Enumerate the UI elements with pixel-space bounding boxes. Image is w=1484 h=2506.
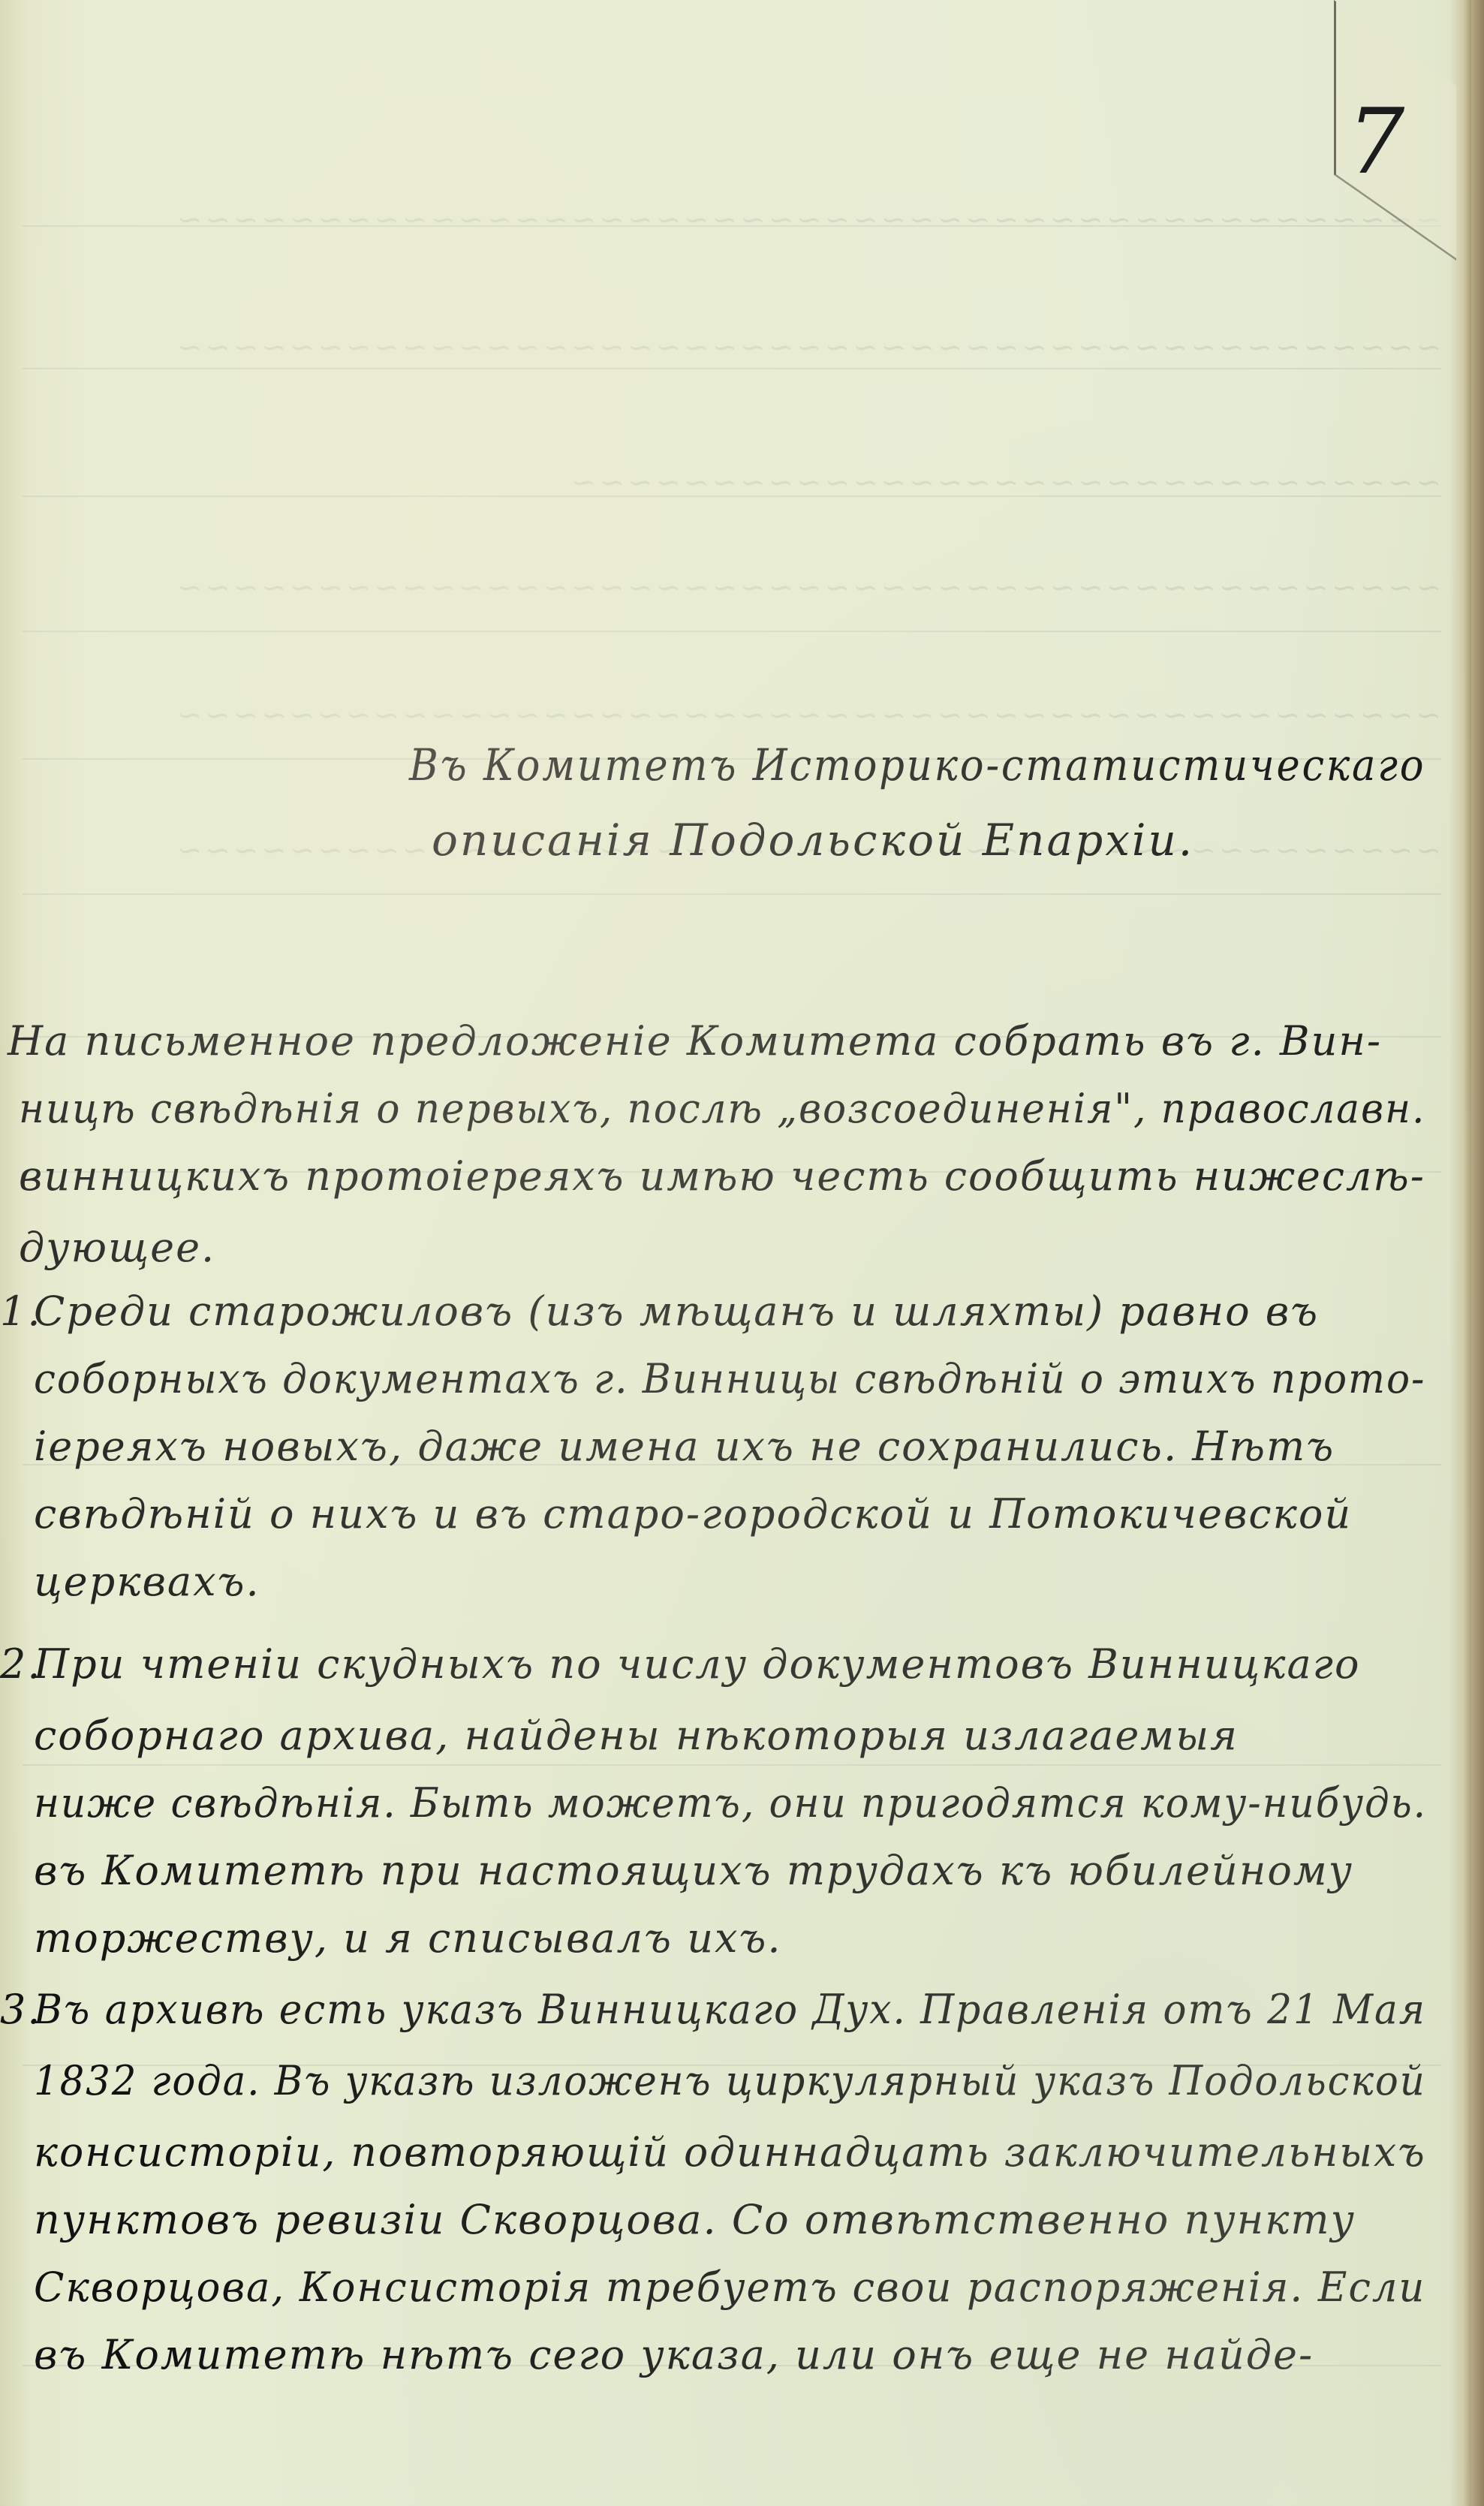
item-3-line-6: въ Комитетѣ нѣтъ сего указа, или онъ еще… bbox=[34, 2335, 1314, 2375]
bleed-through-text: ~~~~~~~~~~~~~~~~~~~~~~~~~~~~~~~~~~~~~~~~… bbox=[30, 330, 1441, 365]
item-1-line-3: іереяхъ новыхъ, даже имена ихъ не сохран… bbox=[34, 1426, 1335, 1467]
intro-line-1: На письменное предложеніе Комитета собра… bbox=[8, 1021, 1382, 1062]
bleed-through-text: ~~~~~~~~~~~~~~~~~~~~~~~~~~~~~~~~~~~~~~~~… bbox=[30, 203, 1441, 237]
item-2-line-1: При чтеніи скудныхъ по числу документовъ… bbox=[34, 1644, 1360, 1685]
item-3-line-2: 1832 года. Въ указѣ изложенъ циркулярный… bbox=[34, 2061, 1426, 2101]
bleed-through-text: ~~~~~~~~~~~~~~~~~~~~~~~~~~~~~~~~~~~~~~~~… bbox=[30, 571, 1441, 605]
item-2-line-5: торжеству, и я списывалъ ихъ. bbox=[34, 1918, 782, 1959]
item-3-line-3: консисторіи, повторяющій одиннадцать зак… bbox=[34, 2132, 1426, 2173]
ruling-line bbox=[23, 368, 1441, 369]
ruling-line bbox=[23, 893, 1441, 895]
ruling-line bbox=[23, 1764, 1441, 1766]
ruling-line bbox=[23, 631, 1441, 632]
binding-edge bbox=[1471, 0, 1484, 2506]
item-2-line-4: въ Комитетѣ при настоящихъ трудахъ къ юб… bbox=[34, 1851, 1353, 1891]
item-1-line-4: свѣдѣній о нихъ и въ старо-городской и П… bbox=[34, 1494, 1352, 1535]
item-3-line-1: Въ архивѣ есть указъ Винницкаго Дух. Пра… bbox=[34, 1989, 1426, 2030]
item-1-line-2: соборныхъ документахъ г. Винницы свѣдѣні… bbox=[34, 1359, 1425, 1399]
intro-line-4: дующее. bbox=[19, 1227, 215, 1268]
page-number: 7 bbox=[1347, 98, 1404, 188]
item-3-line-4: пунктовъ ревизіи Скворцова. Со отвѣтстве… bbox=[34, 2200, 1356, 2240]
item-2-line-2: соборнаго архива, найдены нѣкоторыя изла… bbox=[34, 1715, 1239, 1756]
item-1-line-5: церквахъ. bbox=[34, 1562, 260, 1602]
heading-line-1: Въ Комитетъ Историко-статистическаго bbox=[409, 743, 1425, 787]
intro-line-2: ницѣ свѣдѣнія о первыхъ, послѣ „возсоеди… bbox=[19, 1089, 1425, 1129]
item-1-line-1: Среди старожиловъ (изъ мѣщанъ и шляхты) … bbox=[34, 1291, 1319, 1332]
bleed-through-text: ~~~~~~~~~~~~~~~~~~~~~~~~~~~~~~~ bbox=[30, 465, 1441, 500]
bleed-through-text: ~~~~~~~~~~~~~~~~~~~~~~~~~~~~~~~~~~~~~~~~… bbox=[30, 698, 1441, 733]
manuscript-page: ~~~~~~~~~~~~~~~~~~~~~~~~~~~~~~~~~~~~~~~~… bbox=[0, 0, 1471, 2506]
item-2-line-3: ниже свѣдѣнія. Быть можетъ, они пригодят… bbox=[34, 1783, 1427, 1824]
item-3-line-5: Скворцова, Консисторія требуетъ свои рас… bbox=[34, 2267, 1425, 2308]
intro-line-3: винницкихъ протоіереяхъ имѣю честь сообщ… bbox=[19, 1156, 1425, 1197]
heading-line-2: описанія Подольской Епархіи. bbox=[432, 818, 1194, 862]
